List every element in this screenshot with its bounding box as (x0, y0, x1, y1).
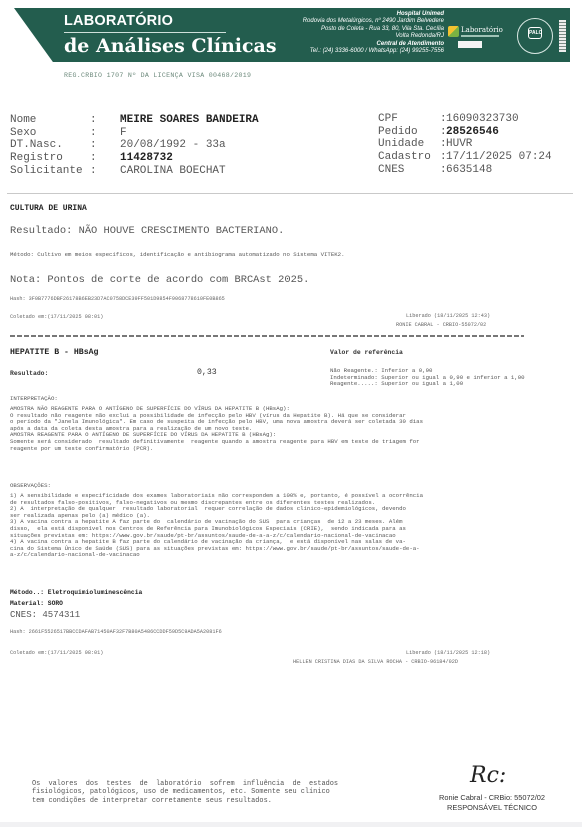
responsible-role: RESPONSÁVEL TÉCNICO (423, 803, 561, 813)
urine-culture-hash: Hash: 3F0B7776DBF26178B6EB23D7AC0758DCE3… (10, 296, 225, 302)
page-bottom-edge (0, 822, 582, 827)
patient-field-value: HUVR (446, 138, 472, 151)
hepatitis-b-result-value: 0,33 (197, 368, 217, 377)
hepatitis-b-result-label: Resultado: (10, 370, 48, 377)
patient-field-row: Pedido:28526546 (378, 126, 552, 139)
reference-line: Reagente.....: Superior ou igual a 1,00 (330, 381, 525, 388)
hepatitis-b-hash: Hash: 2661F5526517BBCCDAFAB71450AF32F7B8… (10, 629, 222, 635)
hospital-contact-block: Hospital Unimed Rodovia dos Metalúrgicos… (303, 11, 444, 55)
hospital-name: Hospital Unimed (397, 11, 444, 17)
patient-field-row: CPF:16090323730 (378, 113, 552, 126)
disclaimer-line: fisiológicos, patológicos, uso de medica… (32, 788, 338, 796)
laboratorio-logo-text: Laboratório (461, 26, 503, 34)
patient-field-value: 28526546 (446, 126, 499, 139)
interpretation-text: AMOSTRA NÃO REAGENTE PARA O ANTÍGENO DE … (10, 406, 423, 452)
patient-field-label: Unidade (378, 138, 440, 151)
hepatitis-b-cnes: CNES: 4574311 (10, 610, 80, 620)
urine-culture-method: Método: Cultivo em meios específicos, id… (10, 252, 344, 259)
disclaimer-line: tem condições de interpretar corretament… (32, 797, 338, 805)
urine-culture-note: Nota: Pontos de corte de acordo com BRCA… (10, 274, 309, 286)
urine-culture-collected: Coletado em:(17/11/2025 08:01) (10, 314, 103, 320)
patient-field-value: CAROLINA BOECHAT (120, 165, 226, 178)
hepatitis-b-material: Material: SORO (10, 601, 63, 608)
patient-field-label: Cadastro (378, 151, 440, 164)
patient-field-row: Sexo:F (10, 127, 259, 140)
title-divider (64, 32, 226, 33)
address-line-1: Rodovia dos Metalúrgicos, nº 2490 Jardim… (303, 18, 444, 25)
patient-field-sep: : (90, 152, 120, 165)
patient-field-value: F (120, 127, 127, 140)
patient-field-value: 20/08/1992 - 33a (120, 139, 226, 152)
observation-line: a-z/c/calendario-nacional-de-vacinacao (10, 552, 423, 559)
urine-culture-title: CULTURA DE URINA (10, 204, 87, 213)
patient-field-sep: : (90, 114, 120, 127)
address-line-2: Posto de Coleta - Rua 33, 80, Vila Sta. … (303, 26, 444, 33)
patient-field-row: Unidade:HUVR (378, 138, 552, 151)
disclaimer-line: Os valores dos testes de laboratório sof… (32, 780, 338, 788)
patient-field-label: Nome (10, 114, 90, 127)
reference-value-title: Valor de referência (330, 349, 403, 356)
hepatitis-b-released-by: HELLEN CRISTINA DIAS DA SILVA ROCHA - CR… (293, 659, 458, 665)
hepatitis-b-collected: Coletado em:(17/11/2025 08:01) (10, 650, 103, 656)
patient-field-row: Solicitante:CAROLINA BOECHAT (10, 165, 259, 178)
patient-info-right: CPF:16090323730Pedido:28526546Unidade:HU… (378, 113, 552, 177)
observations-title: OBSERVAÇÕES: (10, 483, 51, 490)
patient-field-row: CNES:6635148 (378, 164, 552, 177)
palc-seal-icon: PALC (517, 18, 553, 54)
patient-field-label: Registro (10, 152, 90, 165)
patient-field-sep: : (90, 165, 120, 178)
patient-field-value: 6635148 (446, 164, 492, 177)
urine-culture-released: Liberado (18/11/2025 12:43) (406, 313, 490, 319)
responsible-name: Ronie Cabral - CRBio: 55072/02 (423, 793, 561, 803)
palc-label: PALC (528, 27, 542, 39)
interpretation-line: reagente por um teste confirmatório (PCR… (10, 446, 423, 453)
patient-field-row: Cadastro:17/11/2025 07:24 (378, 151, 552, 164)
hepatitis-b-title: HEPATITE B - HBsAg (10, 348, 98, 357)
lab-title-line2: de Análises Clínicas (64, 35, 277, 57)
patient-info-left: Nome:MEIRE SOARES BANDEIRASexo:FDT.Nasc.… (10, 114, 259, 178)
patient-field-label: Pedido (378, 126, 440, 139)
signature-image: Rc: (470, 763, 506, 788)
vertical-barcode-icon (559, 20, 566, 52)
patient-field-value: MEIRE SOARES BANDEIRA (120, 114, 259, 127)
patient-field-label: CPF (378, 113, 440, 126)
address-line-3: Volta Redonda/RJ (303, 33, 444, 40)
patient-field-sep: : (90, 139, 120, 152)
contacts: Tel.: (24) 3336-6000 / WhatsApp: (24) 99… (303, 48, 444, 55)
patient-field-sep: : (90, 127, 120, 140)
patient-field-value: 16090323730 (446, 113, 519, 126)
registration-license: REG.CRBIO 1707 Nº DA LICENÇA VISA 00468/… (64, 72, 251, 79)
leaf-logo-icon (448, 26, 459, 37)
patient-field-value: 17/11/2025 07:24 (446, 151, 552, 164)
patient-field-row: Registro:11428732 (10, 152, 259, 165)
patient-field-row: DT.Nasc.:20/08/1992 - 33a (10, 139, 259, 152)
hepatitis-b-method: Método..: Eletroquimioluminescência (10, 590, 142, 597)
patient-field-value: 11428732 (120, 152, 173, 165)
laboratorio-logo: Laboratório (448, 23, 500, 49)
certification-badge (458, 41, 482, 48)
responsible-technician: Ronie Cabral - CRBio: 55072/02 RESPONSÁV… (423, 793, 561, 813)
observations-text: 1) A sensibilidade e especificidade dos … (10, 493, 423, 559)
hepatitis-b-released: Liberado (18/11/2025 12:18) (406, 650, 490, 656)
reference-lines: Não Reagente.: Inferior a 0,90Indetermin… (330, 368, 525, 388)
interpretation-title: INTERPRETAÇÃO: (10, 396, 58, 403)
logo-subtitle-bar (461, 35, 499, 37)
lab-header-banner: LABORATÓRIO de Análises Clínicas Hospita… (14, 8, 570, 62)
dashed-separator (10, 335, 524, 337)
urine-culture-result: Resultado: NÃO HOUVE CRESCIMENTO BACTERI… (10, 225, 284, 237)
patient-field-label: Solicitante (10, 165, 90, 178)
urine-culture-released-by: RONIE CABRAL - CRBIO-55072/02 (396, 322, 486, 328)
lab-title-line1: LABORATÓRIO (64, 13, 173, 29)
central-label: Central de Atendimento (377, 41, 444, 47)
patient-field-row: Nome:MEIRE SOARES BANDEIRA (10, 114, 259, 127)
lab-disclaimer: Os valores dos testes de laboratório sof… (32, 780, 338, 805)
patient-field-label: DT.Nasc. (10, 139, 90, 152)
patient-field-label: Sexo (10, 127, 90, 140)
section-divider (7, 193, 573, 194)
patient-field-label: CNES (378, 164, 440, 177)
